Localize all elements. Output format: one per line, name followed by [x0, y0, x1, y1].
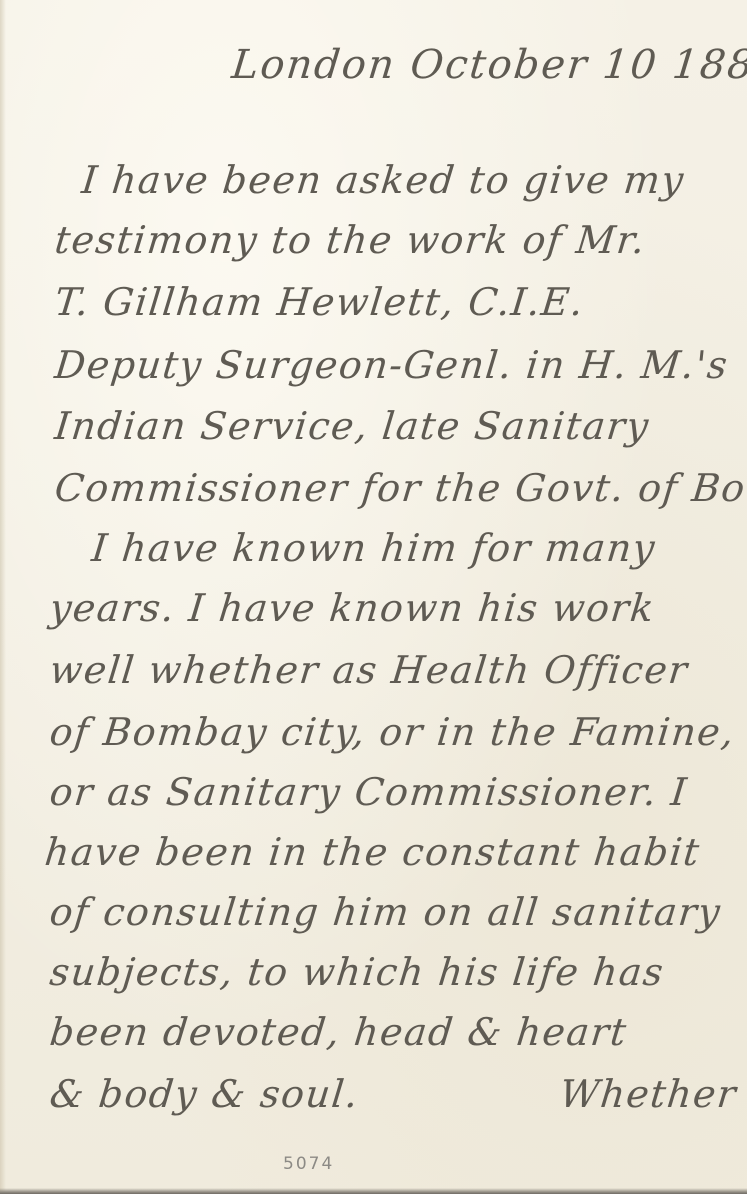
letter-line: & body & soul.: [48, 1072, 362, 1116]
letter-line: well whether as Health Officer: [48, 648, 691, 692]
letter-line: T. Gillham Hewlett, C.I.E.: [53, 280, 587, 324]
letter-page: London October 10 1888 I have been asked…: [0, 0, 747, 1194]
letter-line: of Bombay city, or in the Famine,: [48, 710, 738, 754]
letter-line: I have known him for many: [90, 526, 658, 570]
letter-line: or as Sanitary Commissioner. I: [48, 770, 690, 814]
letter-line: Commissioner for the Govt. of Bombay: [53, 466, 747, 510]
letter-line: I have been asked to give my: [80, 158, 687, 202]
letter-line: years. I have known his work: [48, 586, 658, 630]
letter-line: have been in the constant habit: [43, 830, 703, 874]
letter-line: Deputy Surgeon-Genl. in H. M.'s: [53, 343, 731, 387]
letter-line: testimony to the work of Mr.: [53, 218, 648, 262]
letter-line: been devoted, head & heart: [48, 1010, 630, 1054]
letter-line: of consulting him on all sanitary: [48, 890, 724, 934]
letter-catchword: Whether: [558, 1072, 740, 1116]
letter-line: Indian Service, late Sanitary: [53, 404, 652, 448]
catalog-number: 5074: [283, 1154, 334, 1174]
letter-line: subjects, to which his life has: [48, 950, 667, 994]
letter-dateline: London October 10 1888: [230, 42, 747, 88]
